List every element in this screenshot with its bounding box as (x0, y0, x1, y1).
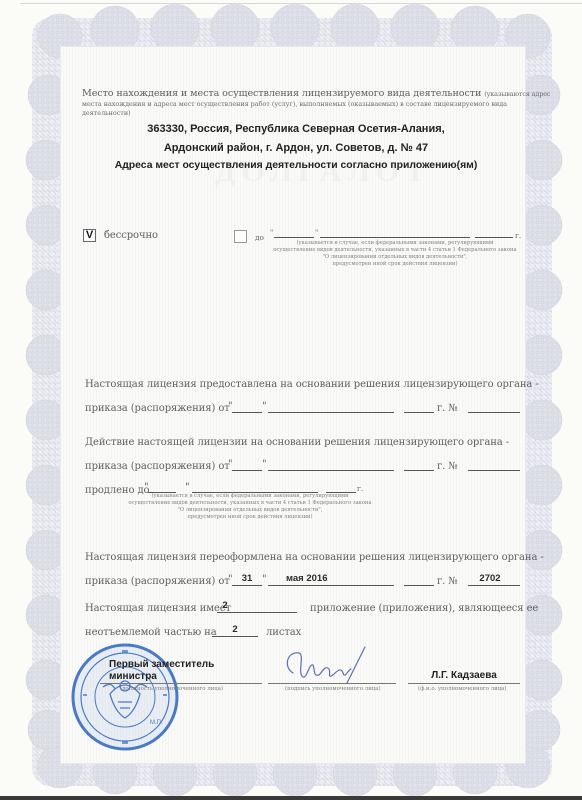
reissued-line-2-prefix: приказа (распоряжения) от (85, 576, 230, 587)
reissued-number-field[interactable] (468, 585, 520, 586)
appendix-count-field[interactable] (217, 612, 297, 613)
signer-position: Первый заместитель министра (109, 659, 214, 683)
granted-number-field[interactable] (468, 412, 520, 413)
granted-number-label: г. № (437, 403, 458, 414)
signer-name: Л.Г. Кадзаева (408, 670, 520, 681)
extended-until-year-suffix: г. (357, 484, 363, 493)
appendix-line-1-suffix: приложение (приложения), являющееся ее (310, 603, 538, 614)
reissued-day-value: 31 (232, 573, 262, 584)
appendix-count-value: 2 (217, 600, 233, 611)
until-note: (указывается в случае, если федеральными… (270, 240, 520, 268)
quote-open: " (228, 459, 233, 470)
svg-text:М.П.: М.П. (150, 720, 163, 726)
extended-order-year-field[interactable] (404, 470, 434, 471)
reissued-number-value: 2702 (470, 573, 510, 584)
quote-close: " (262, 574, 267, 585)
position-caption: (должность уполномоченного лица) (120, 686, 223, 692)
extended-number-label: г. № (437, 461, 458, 472)
extended-note-line: осуществление видов деятельности, указан… (120, 500, 380, 507)
extended-line-1: Действие настоящей лицензии на основании… (85, 437, 509, 448)
license-page: ДОЛГАЛОТ Место нахождения и места осущес… (0, 0, 582, 800)
reissued-month-field[interactable] (268, 585, 394, 586)
signature-icon (275, 643, 375, 688)
name-caption: (ф.и.о. уполномоченного лица) (418, 686, 507, 692)
signature-caption: (подпись уполномоченного лица) (285, 686, 381, 692)
reissued-month-value: мая 2016 (286, 573, 328, 584)
location-heading-note: (указываются адрес (484, 90, 550, 98)
sheet-count-value: 2 (212, 624, 258, 635)
location-note-line-2: места нахождения и адреса мест осуществл… (82, 100, 507, 108)
sheet-count-field[interactable] (212, 636, 258, 637)
unlimited-label: бессрочно (104, 230, 158, 241)
quote-open: " (228, 401, 233, 412)
quote-close: " (262, 401, 267, 412)
granted-line-1: Настоящая лицензия предоставлена на осно… (85, 379, 539, 390)
granted-year-field[interactable] (404, 412, 434, 413)
until-date-checkbox[interactable] (234, 230, 247, 243)
until-note-line: осуществление видов деятельности, указан… (270, 247, 520, 254)
until-month-field[interactable] (320, 237, 470, 238)
check-mark-icon: V (86, 229, 93, 241)
address-line-2: Ардонский район, г. Ардон, ул. Советов, … (82, 142, 510, 154)
granted-month-field[interactable] (268, 412, 394, 413)
location-heading-main: Место нахождения и места осуществления л… (82, 88, 481, 99)
address-line-3: Адреса мест осуществления деятельности с… (82, 160, 510, 171)
name-line (408, 683, 520, 684)
granted-line-2-prefix: приказа (распоряжения) от (85, 403, 230, 414)
signer-position-line-1: Первый заместитель (109, 659, 214, 671)
extended-line-2-prefix: приказа (распоряжения) от (85, 461, 230, 472)
until-label: до (255, 233, 264, 242)
appendix-line-1-prefix: Настоящая лицензия имеет (85, 603, 231, 614)
until-year-field[interactable] (475, 237, 513, 238)
reissued-year-field[interactable] (404, 585, 434, 586)
location-heading: Место нахождения и места осуществления л… (82, 88, 550, 99)
position-line (100, 683, 262, 684)
extended-note-line: предусмотрен иной срок действия лицензии… (120, 514, 380, 521)
granted-day-field[interactable] (232, 412, 262, 413)
extended-order-month-field[interactable] (268, 470, 394, 471)
unlimited-checkbox[interactable]: V (83, 229, 96, 242)
extended-order-day-field[interactable] (232, 470, 262, 471)
extended-note: (указывается в случае, если федеральными… (120, 493, 380, 521)
extended-note-line: "О лицензировании отдельных видов деятел… (120, 507, 380, 514)
quote-close: " (262, 459, 267, 470)
signature-line (268, 683, 396, 684)
quote-close: " (315, 229, 318, 237)
until-note-line: (указывается в случае, если федеральными… (270, 240, 520, 247)
address-line-1: 363330, Россия, Республика Северная Осет… (82, 123, 510, 135)
location-note-line-3: деятельности) (82, 109, 131, 117)
extended-number-field[interactable] (468, 470, 520, 471)
signer-position-line-2: министра (109, 671, 214, 683)
reissued-number-label: г. № (437, 576, 458, 587)
appendix-line-2-suffix: листах (266, 627, 301, 638)
until-day-field[interactable] (274, 237, 314, 238)
appendix-line-2-prefix: неотъемлемой частью на (85, 627, 217, 638)
until-note-line: предусмотрен иной срок действия лицензии… (270, 261, 520, 268)
quote-open: " (270, 229, 273, 237)
extended-note-line: (указывается в случае, если федеральными… (120, 493, 380, 500)
reissued-day-field[interactable] (232, 585, 262, 586)
scan-bottom-edge (0, 796, 582, 800)
until-year-suffix: г. (515, 231, 521, 240)
reissued-line-1: Настоящая лицензия переоформлена на осно… (85, 552, 544, 563)
until-note-line: "О лицензировании отдельных видов деятел… (270, 254, 520, 261)
quote-close: " (185, 482, 190, 493)
